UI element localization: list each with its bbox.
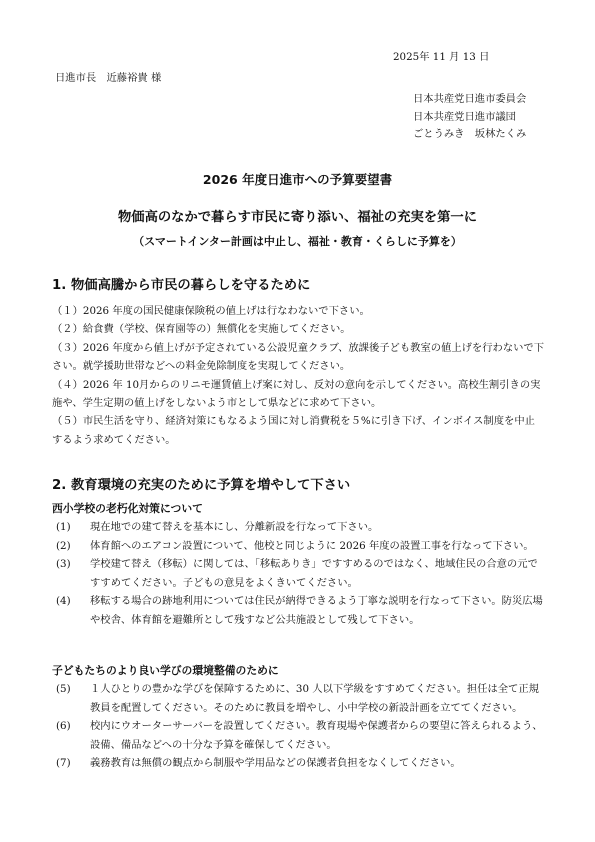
list-item: (7)義務教育は無償の観点から制服や学用品などの保護者負担をなくしてください。 bbox=[52, 754, 552, 773]
item-label: （２） bbox=[52, 323, 83, 335]
list-item: (2)体育館へのエアコン設置について、他校と同じように 2026 年度の設置工事… bbox=[52, 537, 552, 556]
item-text: 学校建て替え（移転）に関しては、「移転ありき」ですすめるのではなく、地域住民の合… bbox=[90, 555, 546, 592]
item-text: 体育館へのエアコン設置について、他校と同じように 2026 年度の設置工事を行な… bbox=[90, 537, 546, 556]
item-label: （５） bbox=[52, 415, 83, 427]
section-number: 1. bbox=[52, 278, 71, 293]
item-text: 現在地での建て替えを基本にし、分離新設を行なって下さい。 bbox=[90, 518, 546, 537]
list-item: (6)校内にウオーターサーバーを設置してください。教育現場や保護者からの要望に答… bbox=[52, 717, 552, 754]
list-item: （１）2026 年度の国民健康保険税の値上げは行なわないで下さい。 bbox=[52, 302, 544, 320]
list-item: （４）2026 年 10月からのリニモ運賃値上げ案に対し、反対の意向を示してくだ… bbox=[52, 376, 544, 413]
item-label: (2) bbox=[52, 537, 90, 556]
section-title: 物価高騰から市民の暮らしを守るために bbox=[71, 278, 310, 293]
subsection-2-list: (5)１人ひとりの豊かな学びを保障するために、30 人以下学級をすすめてください… bbox=[52, 680, 552, 773]
sender-line: 日本共産党日進市議団 bbox=[413, 109, 526, 127]
document-title: 2026 年度日進市への予算要望書 bbox=[0, 170, 595, 188]
sender-block: 日本共産党日進市委員会 日本共産党日進市議団 ごとうみき 坂林たくみ bbox=[413, 91, 526, 144]
subsection-heading: 子どもたちのより良い学びの環境整備のために bbox=[52, 663, 279, 678]
list-item: （２）給食費（学校、保育園等の）無償化を実施してください。 bbox=[52, 320, 544, 338]
addressee: 日進市長 近藤裕貴 様 bbox=[55, 72, 161, 85]
item-text: 2026 年度の国民健康保険税の値上げは行なわないで下さい。 bbox=[83, 305, 370, 317]
item-label: (7) bbox=[52, 754, 90, 773]
item-text: 2026 年 10月からのリニモ運賃値上げ案に対し、反対の意向を示してください。… bbox=[52, 379, 540, 409]
list-item: (1)現在地での建て替えを基本にし、分離新設を行なって下さい。 bbox=[52, 518, 552, 537]
list-item: (3)学校建て替え（移転）に関しては、「移転ありき」ですすめるのではなく、地域住… bbox=[52, 555, 552, 592]
item-label: （４） bbox=[52, 379, 83, 391]
list-item: (5)１人ひとりの豊かな学びを保障するために、30 人以下学級をすすめてください… bbox=[52, 680, 552, 717]
item-label: (1) bbox=[52, 518, 90, 537]
section-heading-1: 1.物価高騰から市民の暮らしを守るために bbox=[52, 274, 310, 293]
subsection-heading: 西小学校の老朽化対策について bbox=[52, 501, 203, 516]
item-text: 義務教育は無償の観点から制服や学用品などの保護者負担をなくしてください。 bbox=[90, 754, 546, 773]
section-title: 教育環境の充実のために予算を増やして下さい bbox=[71, 478, 350, 493]
document-subtitle: 物価高のなかで暮らす市民に寄り添い、福祉の充実を第一に bbox=[0, 206, 595, 225]
sender-line: ごとうみき 坂林たくみ bbox=[413, 126, 526, 144]
item-label: （１） bbox=[52, 305, 83, 317]
document-subtitle-note: （スマートインター計画は中止し、福祉・教育・くらしに予算を） bbox=[0, 233, 595, 249]
item-text: 2026 年度から値上げが予定されている公設児童クラブ、放課後子ども教室の値上げ… bbox=[52, 342, 544, 372]
item-text: 校内にウオーターサーバーを設置してください。教育現場や保護者からの要望に答えられ… bbox=[90, 717, 546, 754]
item-label: (4) bbox=[52, 592, 90, 629]
document-date: 2025年 11 月 13 日 bbox=[393, 51, 489, 64]
subsection-1-list: (1)現在地での建て替えを基本にし、分離新設を行なって下さい。 (2)体育館への… bbox=[52, 518, 552, 630]
list-item: （５）市民生活を守り、経済対策にもなるよう国に対し消費税を５%に引き下げ、インボ… bbox=[52, 412, 544, 449]
item-text: 市民生活を守り、経済対策にもなるよう国に対し消費税を５%に引き下げ、インボイス制… bbox=[52, 415, 535, 445]
item-label: (5) bbox=[52, 680, 90, 717]
item-label: (6) bbox=[52, 717, 90, 754]
list-item: （３）2026 年度から値上げが予定されている公設児童クラブ、放課後子ども教室の… bbox=[52, 339, 544, 376]
item-label: （３） bbox=[52, 342, 83, 354]
sender-line: 日本共産党日進市委員会 bbox=[413, 91, 526, 109]
item-text: 給食費（学校、保育園等の）無償化を実施してください。 bbox=[83, 323, 351, 335]
item-text: １人ひとりの豊かな学びを保障するために、30 人以下学級をすすめてください。担任… bbox=[90, 680, 546, 717]
section-number: 2. bbox=[52, 478, 71, 493]
item-text: 移転する場合の跡地利用については住民が納得できるよう丁寧な説明を行なって下さい。… bbox=[90, 592, 546, 629]
list-item: (4)移転する場合の跡地利用については住民が納得できるよう丁寧な説明を行なって下… bbox=[52, 592, 552, 629]
item-label: (3) bbox=[52, 555, 90, 592]
section-heading-2: 2.教育環境の充実のために予算を増やして下さい bbox=[52, 474, 350, 493]
section-1-list: （１）2026 年度の国民健康保険税の値上げは行なわないで下さい。 （２）給食費… bbox=[52, 302, 544, 449]
